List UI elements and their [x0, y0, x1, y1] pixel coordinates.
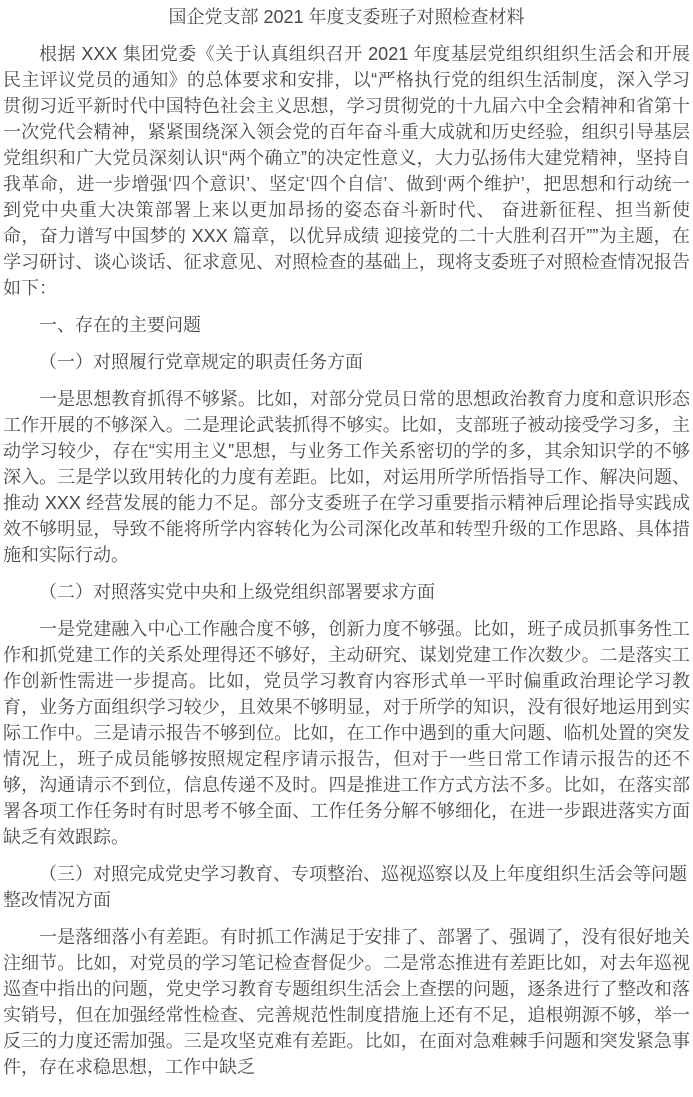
document-page: 国企党支部 2021 年度支委班子对照检查材料 根据 XXX 集团党委《关于认真… — [0, 0, 693, 1097]
document-body: 国企党支部 2021 年度支委班子对照检查材料 根据 XXX 集团党委《关于认真… — [0, 0, 693, 1080]
paragraph: 一是落细落小有差距。有时抓工作满足于安排了、部署了、强调了，没有很好地关注细节。… — [3, 924, 690, 1080]
section-heading: （一）对照履行党章规定的职责任务方面 — [3, 349, 690, 375]
paragraph: 根据 XXX 集团党委《关于认真组织召开 2021 年度基层党组织组织生活会和开… — [3, 41, 690, 301]
section-heading: 一、存在的主要问题 — [3, 312, 690, 338]
paragraph: 一是党建融入中心工作融合度不够，创新力度不够强。比如，班子成员抓事务性工作和抓党… — [3, 616, 690, 850]
document-title: 国企党支部 2021 年度支委班子对照检查材料 — [3, 4, 690, 30]
section-heading: （三）对照完成党史学习教育、专项整治、巡视巡察以及上年度组织生活会等问题整改情况… — [3, 861, 690, 913]
section-heading: （二）对照落实党中央和上级党组织部署要求方面 — [3, 579, 690, 605]
paragraph: 一是思想教育抓得不够紧。比如，对部分党员日常的思想政治教育力度和意识形态工作开展… — [3, 386, 690, 568]
